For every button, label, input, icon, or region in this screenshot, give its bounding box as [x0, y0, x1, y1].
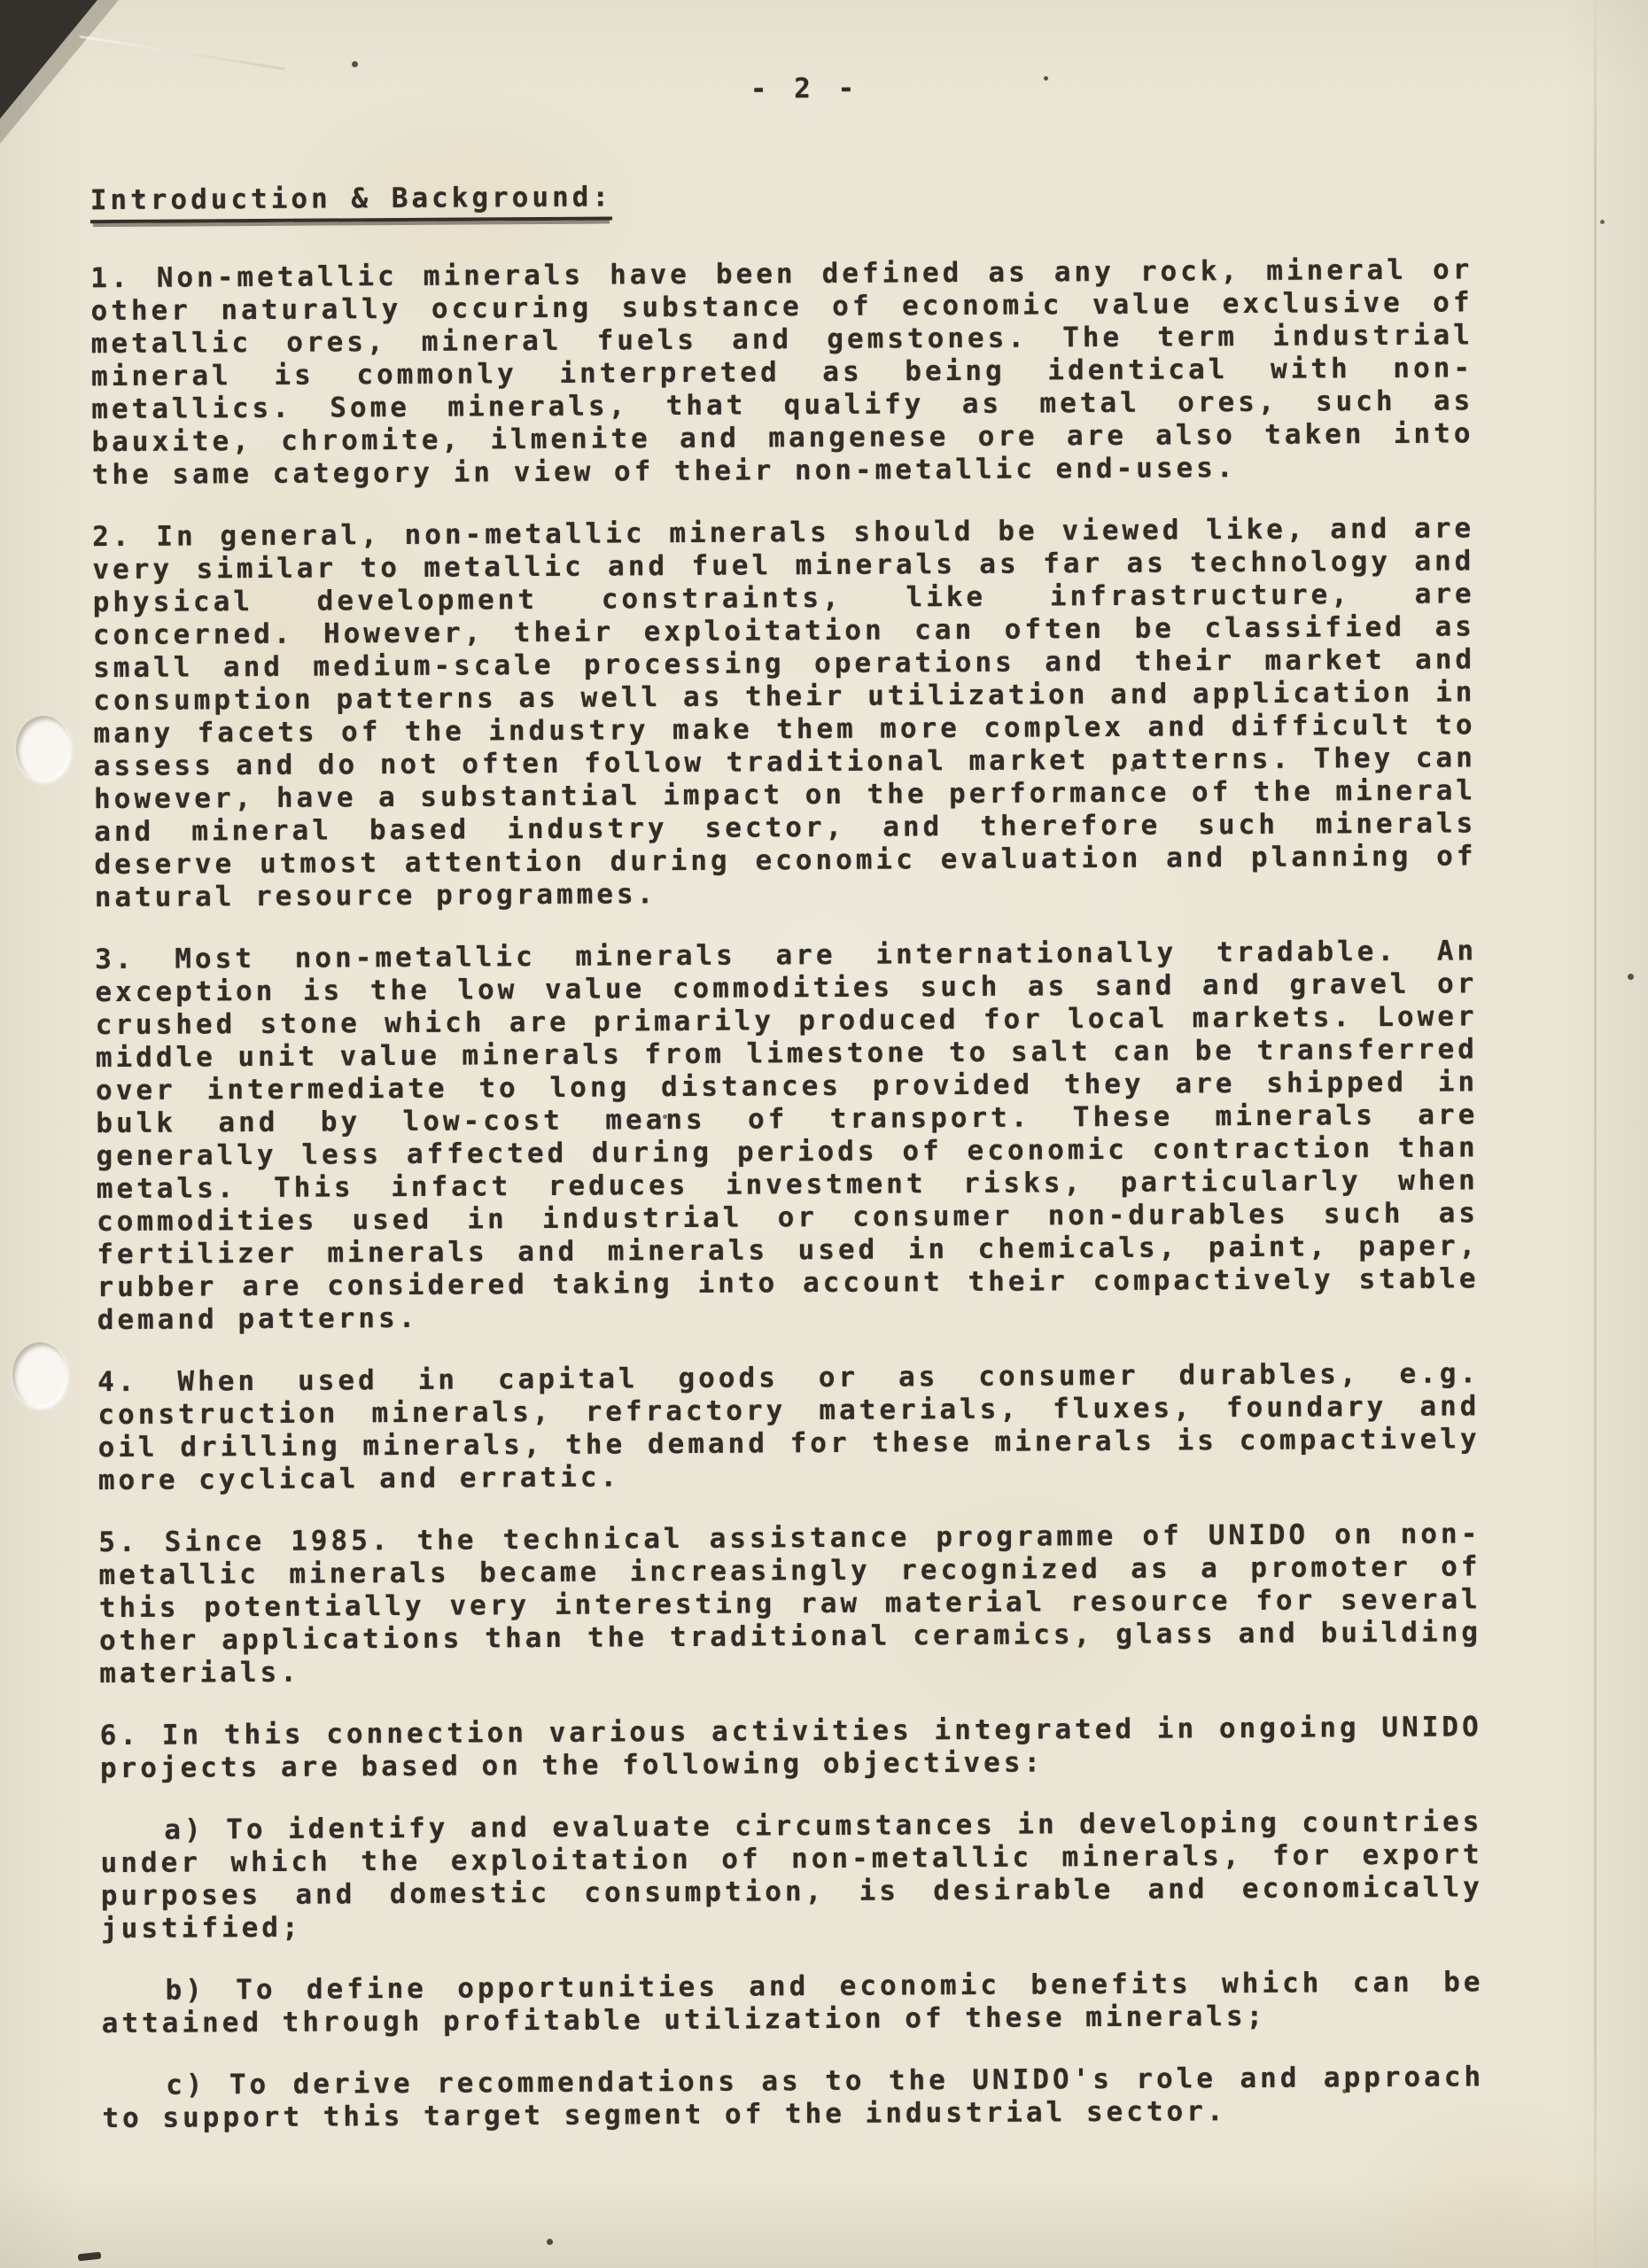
section-heading-text: Introduction & Background: — [90, 181, 613, 223]
objective-b: b) To define opportunities and economic … — [101, 1966, 1483, 2040]
paragraph-2: 2. In general, non-metallic minerals sho… — [92, 512, 1477, 914]
objective-a: a) To identify and evaluate circumstance… — [100, 1806, 1483, 1946]
paragraph-5: 5. Since 1985. the technical assistance … — [98, 1518, 1481, 1690]
objective-c: c) To derive recommendations as to the U… — [102, 2061, 1484, 2135]
paragraph-1: 1. Non-metallic minerals have been defin… — [90, 253, 1474, 492]
paragraph-6: 6. In this connection various activities… — [100, 1711, 1482, 1785]
section-heading: Introduction & Background: — [90, 175, 1473, 223]
paragraph-4: 4. When used in capital goods or as cons… — [97, 1357, 1481, 1497]
page-number: - 2 - — [89, 68, 1472, 110]
document-content: - 2 - Introduction & Background: 1. Non-… — [0, 0, 1648, 2165]
scanned-document-page: - 2 - Introduction & Background: 1. Non-… — [0, 0, 1648, 2268]
paper-mark-bottom-left — [78, 2252, 102, 2262]
paragraph-3: 3. Most non-metallic minerals are intern… — [95, 935, 1480, 1337]
paper-specks — [0, 0, 4, 4]
